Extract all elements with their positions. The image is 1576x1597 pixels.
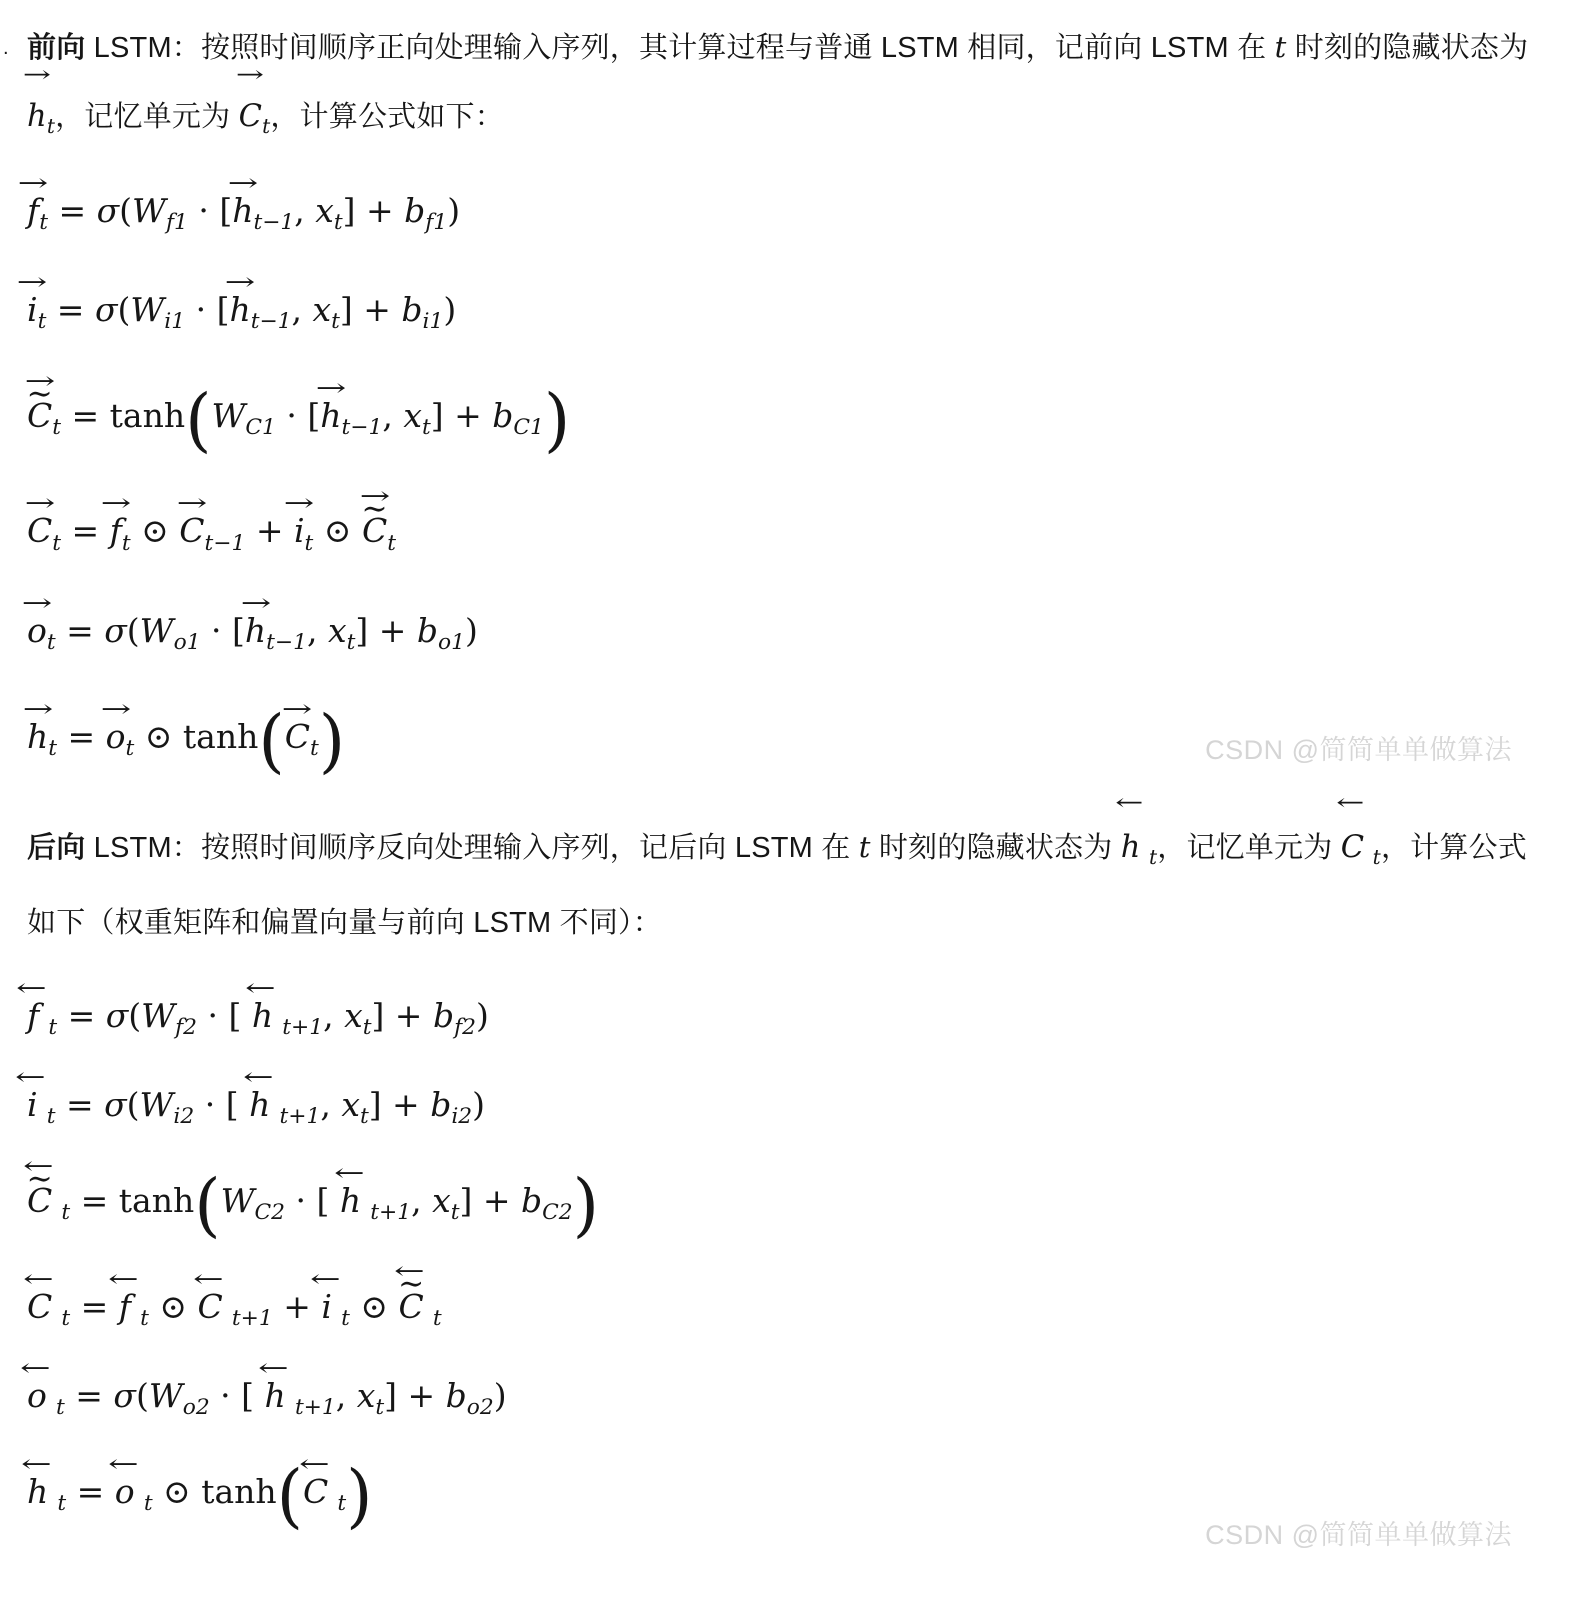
left-arrow-icon: ← <box>1337 792 1366 815</box>
left-arrow-vector: ←ht+1 <box>252 995 323 1036</box>
backward-lstm-section: 后向 LSTM：按照时间顺序反向处理输入序列，记后向 LSTM 在 t 时刻的隐… <box>27 809 1546 1528</box>
right-arrow-icon: → <box>100 491 131 515</box>
left-arrow-icon: ← <box>23 1267 54 1291</box>
left-arrow-vector: ←Ct <box>303 1471 346 1512</box>
right-arrow-vector: →ht−1 <box>232 190 294 231</box>
formula-backward-candidate-cell: ←∼Ct = tanh(WC2 · [ ←ht+1, xt] + bC2) <box>27 1139 1546 1237</box>
right-arrow-vector: →ht <box>27 82 55 152</box>
left-arrow-icon: ← <box>310 1267 341 1291</box>
right-arrow-icon: → <box>225 270 256 294</box>
formula-backward-input-gate: ←it = σ(Wi2 · [ ←ht+1, xt] + bi2) <box>27 1050 1546 1125</box>
right-arrow-vector: →ht−1 <box>229 289 291 330</box>
right-arrow-icon: → <box>17 270 48 294</box>
left-arrow-icon: ← <box>20 1356 51 1380</box>
left-arrow-vector: ←ht+1 <box>265 1375 336 1416</box>
right-arrow-icon: → <box>282 697 313 721</box>
formula-forward-forget-gate: →ft = σ(Wf1 · [→ht−1, xt] + bf1) <box>27 152 1546 231</box>
right-arrow-vector: →Ct−1 <box>179 510 245 551</box>
right-arrow-icon: → <box>23 64 52 87</box>
left-arrow-vector: ←ot <box>115 1471 153 1512</box>
left-arrow-vector: ←ft <box>27 995 57 1036</box>
left-arrow-vector: ←it <box>27 1084 55 1125</box>
watermark-bottom: CSDN @简简单单做算法 <box>1205 1513 1512 1552</box>
left-arrow-icon: ← <box>245 976 276 1000</box>
right-arrow-vector: →ht <box>27 716 57 757</box>
formula-backward-output-gate: ←ot = σ(Wo2 · [ ←ht+1, xt] + bo2) <box>27 1341 1546 1416</box>
right-arrow-vector: →ht−1 <box>320 395 382 436</box>
forward-lstm-section: 前向 LSTM：按照时间顺序正向处理输入序列，其计算过程与普通 LSTM 相同，… <box>27 14 1546 773</box>
tilde-accent: ∼ <box>398 1269 424 1300</box>
left-arrow-vector: ←Ct <box>1341 809 1381 887</box>
formula-forward-cell-state: →Ct = →ft ⊙ →Ct−1 + →it ⊙ →∼Ct <box>27 472 1546 551</box>
tilde-accent: ∼ <box>26 1164 52 1195</box>
formula-backward-forget-gate: ←ft = σ(Wf2 · [ ←ht+1, xt] + bf2) <box>27 961 1546 1036</box>
tilde-accent: ∼ <box>361 494 387 525</box>
left-arrow-vector: ←ot <box>27 1375 65 1416</box>
right-arrow-vector: →it <box>294 510 313 551</box>
left-arrow-icon: ← <box>108 1452 139 1476</box>
right-arrow-vector: →ft <box>27 190 48 231</box>
left-arrow-icon: ← <box>108 1267 139 1291</box>
left-arrow-icon: ← <box>258 1356 289 1380</box>
right-arrow-icon: → <box>316 376 347 400</box>
left-arrow-vector: ←Ct <box>27 1286 70 1327</box>
left-arrow-vector: ←ht <box>1121 809 1158 887</box>
left-arrow-vector: ←ht+1 <box>249 1084 320 1125</box>
tilde-accent: ∼ <box>26 379 52 410</box>
right-arrow-icon: → <box>284 491 315 515</box>
right-arrow-icon: → <box>22 697 53 721</box>
formula-forward-input-gate: →it = σ(Wi1 · [→ht−1, xt] + bi1) <box>27 251 1546 330</box>
right-arrow-icon: → <box>24 491 55 515</box>
left-arrow-icon: ← <box>334 1161 365 1185</box>
left-arrow-icon: ← <box>193 1267 224 1291</box>
right-arrow-icon: → <box>177 491 208 515</box>
right-arrow-icon: → <box>100 697 131 721</box>
right-arrow-vector: →ht−1 <box>245 610 307 651</box>
right-arrow-vector: →ot <box>27 610 56 651</box>
left-arrow-icon: ← <box>299 1452 330 1476</box>
watermark-top: CSDN @简简单单做算法 <box>1205 728 1512 767</box>
right-arrow-vector: →it <box>27 289 46 330</box>
left-arrow-icon: ← <box>21 1452 52 1476</box>
right-arrow-vector: →∼Ct <box>27 395 61 436</box>
left-arrow-icon: ← <box>243 1065 274 1089</box>
right-arrow-icon: → <box>22 591 53 615</box>
left-arrow-icon: ← <box>15 1065 46 1089</box>
right-arrow-icon: → <box>227 171 258 195</box>
formula-backward-cell-state: ←Ct = ←ft ⊙ ←Ct+1 + ←it ⊙ ←∼Ct <box>27 1252 1546 1327</box>
left-arrow-vector: ←∼Ct <box>399 1286 442 1327</box>
right-arrow-vector: →ft <box>110 510 131 551</box>
left-arrow-vector: ←ft <box>119 1286 149 1327</box>
right-arrow-vector: →Ct <box>239 82 271 152</box>
right-arrow-vector: →ot <box>106 716 135 757</box>
forward-lstm-paragraph: 前向 LSTM：按照时间顺序正向处理输入序列，其计算过程与普通 LSTM 相同，… <box>27 14 1539 152</box>
right-arrow-icon: → <box>236 64 265 87</box>
list-marker: . <box>3 38 9 58</box>
page-root: . 前向 LSTM：按照时间顺序正向处理输入序列，其计算过程与普通 LSTM 相… <box>0 0 1576 1597</box>
left-arrow-icon: ← <box>16 976 47 1000</box>
right-arrow-vector: →Ct <box>285 716 319 757</box>
right-arrow-icon: → <box>240 591 271 615</box>
left-arrow-vector: ←ht <box>27 1471 66 1512</box>
left-arrow-vector: ←Ct+1 <box>198 1286 273 1327</box>
formula-forward-output-gate: →ot = σ(Wo1 · [→ht−1, xt] + bo1) <box>27 572 1546 651</box>
right-arrow-icon: → <box>18 171 49 195</box>
formula-forward-candidate-cell: →∼Ct = tanh(WC1 · [→ht−1, xt] + bC1) <box>27 350 1546 452</box>
right-arrow-vector: →∼Ct <box>362 510 396 551</box>
right-arrow-vector: →Ct <box>27 510 61 551</box>
backward-lstm-paragraph: 后向 LSTM：按照时间顺序反向处理输入序列，记后向 LSTM 在 t 时刻的隐… <box>27 809 1539 961</box>
left-arrow-vector: ←ht+1 <box>340 1180 411 1221</box>
left-arrow-vector: ←it <box>321 1286 349 1327</box>
left-arrow-icon: ← <box>1115 792 1144 815</box>
left-arrow-vector: ←∼Ct <box>27 1180 70 1221</box>
